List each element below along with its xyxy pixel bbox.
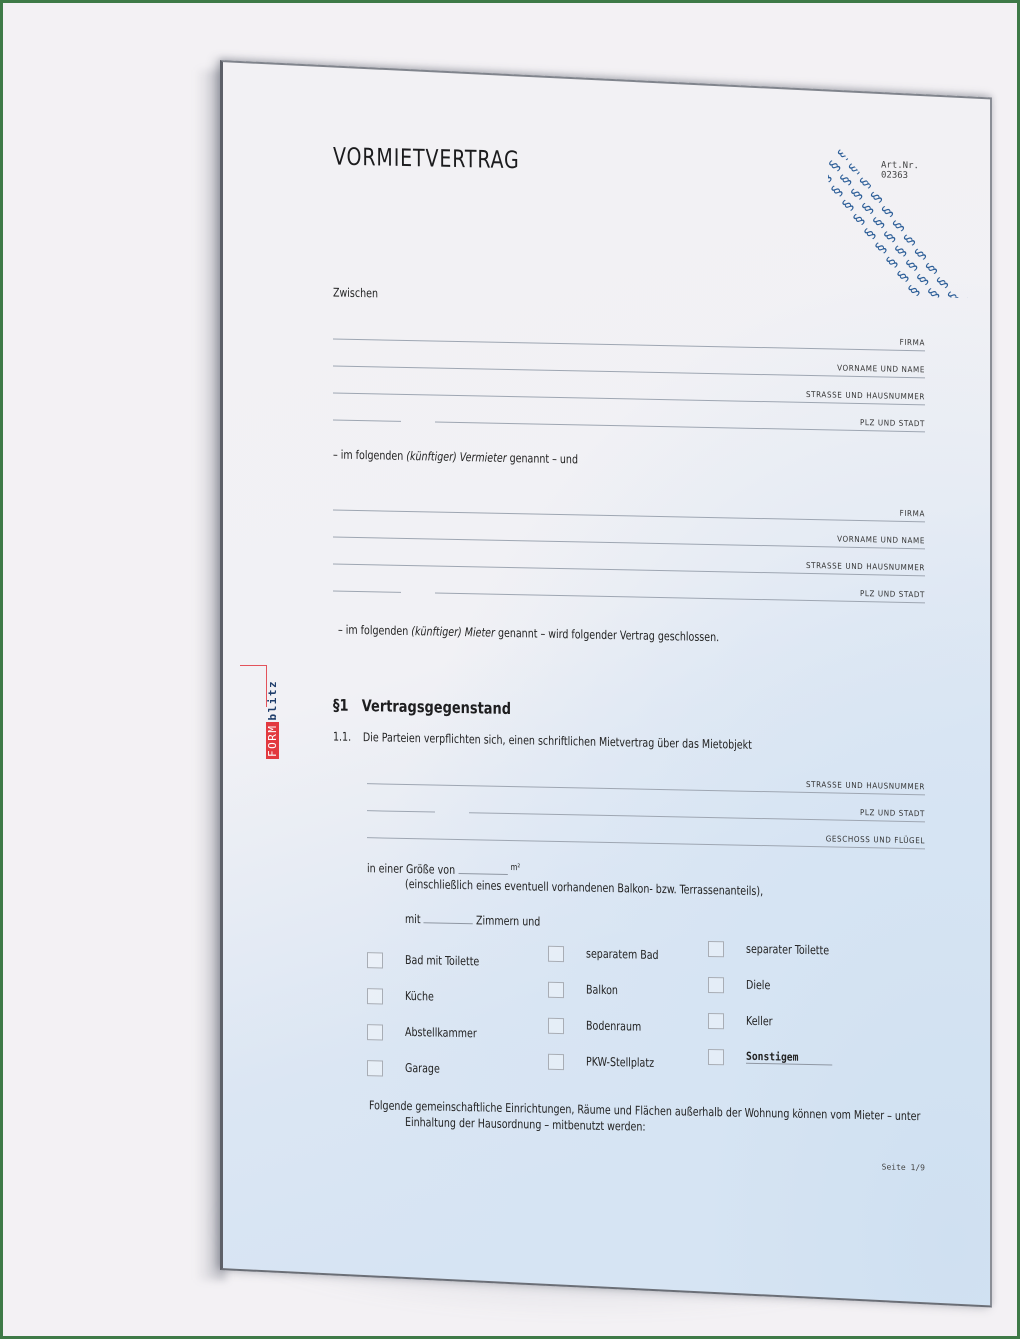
size-line: in einer Größe von m² [367,860,520,878]
size-note: (einschließlich eines eventuell vorhande… [405,877,763,898]
logo-glyph-row: § § § § § § § § § § § § § § [961,210,968,299]
amenities-checkbox-grid: Bad mit ToiletteKücheAbstellkammerGarage… [333,67,925,79]
landlord-fields: FIRMAVORNAME UND NAMESTRASSE UND HAUSNUM… [333,67,925,79]
checkbox-label: Keller [746,1014,773,1029]
object-fields: STRASSE UND HAUSNUMMERPLZ UND STADTGESCH… [333,67,925,79]
brand-wordmark: FORMblitz [266,680,279,759]
field-label: GESCHOSS UND FLÜGEL [826,834,925,845]
field-line-zip[interactable] [367,810,435,812]
field-label: PLZ UND STADT [860,808,925,818]
formblitz-logo: FORMblitz [240,663,280,763]
checkbox-box[interactable] [367,988,383,1004]
checkbox-box[interactable] [367,952,383,968]
field-label: FIRMA [900,338,925,348]
field-label: VORNAME UND NAME [837,535,925,546]
checkbox-box[interactable] [708,1013,724,1029]
field-label: STRASSE UND HAUSNUMMER [806,561,925,572]
checkbox-label: Garage [405,1061,440,1076]
rooms-input[interactable] [424,922,473,924]
article-number: Art.Nr. 02363 [881,160,925,181]
checkbox-box[interactable] [548,1018,564,1034]
document-page: VORMIETVERTRAG Art.Nr. 02363 § § § § § §… [220,60,992,1307]
checkbox-label: Abstellkammer [405,1025,477,1040]
checkbox-box[interactable] [548,946,564,962]
page-content: VORMIETVERTRAG Art.Nr. 02363 § § § § § §… [333,67,925,1285]
rooms-line: mit Zimmern und [405,912,540,929]
checkbox-label: Balkon [586,983,618,998]
checkbox-box[interactable] [708,941,724,957]
field-label: STRASSE UND HAUSNUMMER [806,780,925,791]
checkbox-label: separatem Bad [586,947,659,962]
document-title: VORMIETVERTRAG [333,142,520,174]
checkbox-label: Küche [405,989,434,1004]
checkbox-label: PKW-Stellplatz [586,1055,654,1070]
checkbox-box[interactable] [548,1054,564,1070]
checkbox-label: Sonstigem [746,1050,832,1066]
checkbox-label: Bad mit Toilette [405,953,479,968]
landlord-clause: – im folgenden (künftiger) Vermieter gen… [333,447,578,466]
shared-facilities-text-line2: Einhaltung der Hausordnung – mitbenutzt … [405,1115,646,1134]
checkbox-box[interactable] [367,1060,383,1076]
size-input[interactable] [458,873,507,875]
field-line[interactable] [435,593,925,604]
checkbox-label: Diele [746,978,770,992]
tenant-clause: – im folgenden (künftiger) Mieter genann… [338,623,719,645]
logo-accent-line [240,665,266,666]
checkbox-box[interactable] [548,982,564,998]
page-number: Seite 1/9 [882,1162,925,1172]
field-label: STRASSE UND HAUSNUMMER [806,390,925,401]
logo-glyph-row: § § § § § § § § § § § § § § [873,135,968,255]
checkbox-label: separater Toilette [746,942,829,958]
logo-glyph-row: § § § § § § § § § § § § § § [862,135,968,241]
field-line-zip[interactable] [333,590,401,592]
field-line[interactable] [435,422,925,433]
field-label: VORNAME UND NAME [837,364,925,375]
tenant-fields: FIRMAVORNAME UND NAMESTRASSE UND HAUSNUM… [333,67,925,79]
clause-1-1: 1.1.Die Parteien verpflichten sich, eine… [333,729,752,751]
intro-text: Zwischen [333,285,378,300]
form-field-geschoss-und-flügel[interactable]: GESCHOSS UND FLÜGEL [367,816,925,849]
checkbox-box[interactable] [708,977,724,993]
field-label: PLZ UND STADT [860,589,925,599]
checkbox-box[interactable] [367,1024,383,1040]
logo-glyph-row: § § § § § § § § § § § § § § [851,135,968,227]
field-label: FIRMA [900,509,925,519]
document-stage: VORMIETVERTRAG Art.Nr. 02363 § § § § § §… [0,0,1020,1339]
section-1-heading: §1Vertragsgegenstand [333,695,511,718]
field-line-zip[interactable] [333,419,401,421]
field-label: PLZ UND STADT [860,418,925,428]
checkbox-label: Bodenraum [586,1019,641,1034]
checkbox-box[interactable] [708,1049,724,1065]
